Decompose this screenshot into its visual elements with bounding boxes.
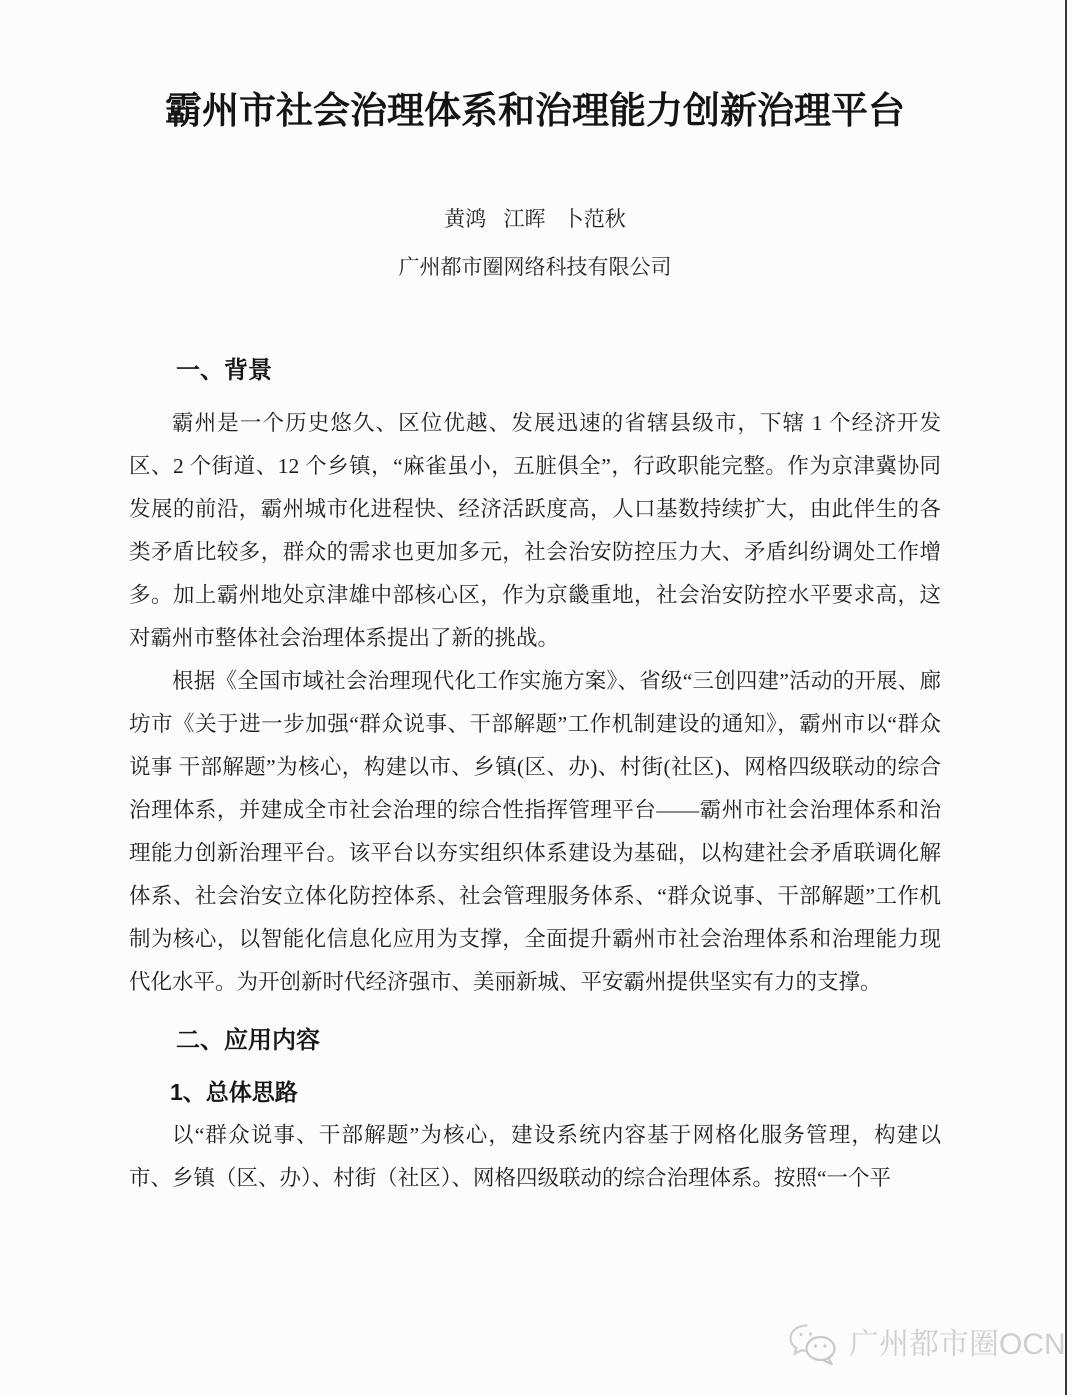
document-page: 霸州市社会治理体系和治理能力创新治理平台 黄鸿 江晖 卜范秋 广州都市圈网络科技…	[0, 0, 1072, 1395]
document-title: 霸州市社会治理体系和治理能力创新治理平台	[129, 88, 941, 136]
paragraph-background-2: 根据《全国市域社会治理现代化工作实施方案》、省级“三创四建”活动的开展、廊坊市《…	[129, 660, 941, 1004]
watermark-label: 广州都市圈OCN	[849, 1320, 1066, 1370]
paragraph-background-1: 霸州是一个历史悠久、区位优越、发展迅速的省辖县级市，下辖 1 个经济开发区、2 …	[129, 402, 941, 660]
paragraph-overall-approach: 以“群众说事、干部解题”为核心，建设系统内容基于网格化服务管理，构建以市、乡镇（…	[129, 1114, 941, 1200]
section-heading-application: 二、应用内容	[129, 1026, 941, 1056]
affiliation-line: 广州都市圈网络科技有限公司	[129, 254, 941, 281]
subsection-heading-overall-approach: 1、总体思路	[129, 1078, 941, 1106]
watermark: 广州都市圈OCN	[786, 1320, 1066, 1370]
section-heading-background: 一、背景	[129, 356, 941, 386]
authors-line: 黄鸿 江晖 卜范秋	[129, 206, 941, 233]
document-content: 霸州市社会治理体系和治理能力创新治理平台 黄鸿 江晖 卜范秋 广州都市圈网络科技…	[129, 0, 941, 1200]
page-right-edge-line	[1065, 0, 1067, 1395]
wechat-icon	[786, 1322, 842, 1368]
